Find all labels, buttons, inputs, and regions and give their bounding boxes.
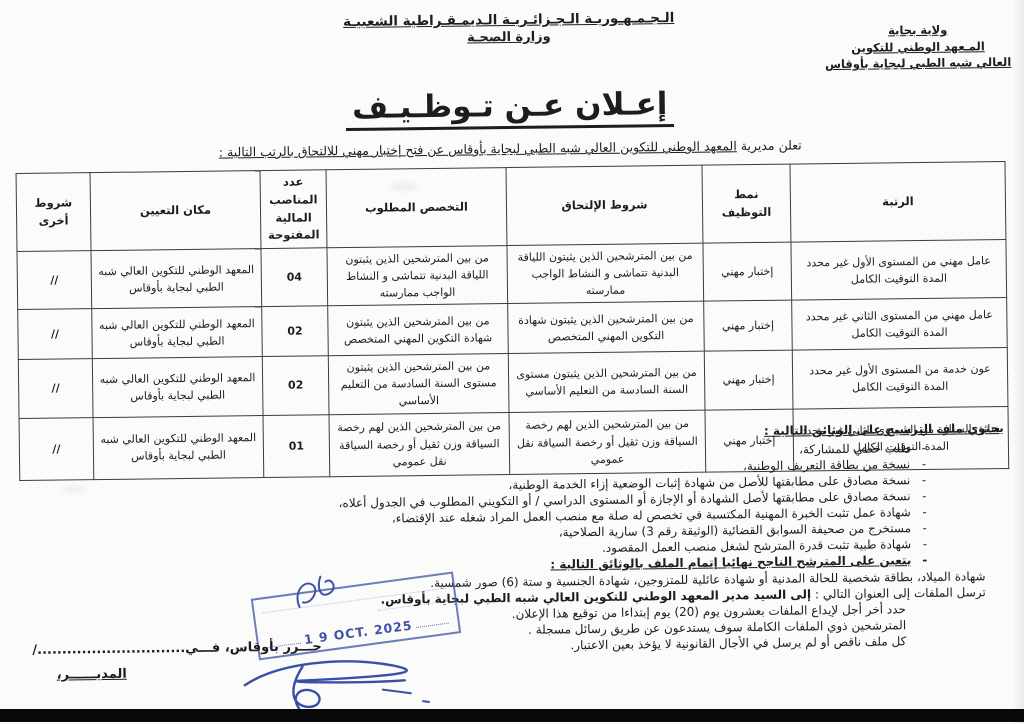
send-prefix: ترسل الملفات إلى العنوان التالي : (811, 585, 986, 601)
stamp-faint-line (377, 595, 447, 611)
intro-main: المعهد الوطني للتكوين العالي شبه الطبي ل… (219, 138, 737, 159)
cell-other: // (17, 251, 92, 310)
col-rank: الرتبة (790, 161, 1006, 242)
cell-mode: إختبار مهني (704, 300, 793, 351)
cell-rank: عون خدمة من المستوى الأول غير محدد المدة… (792, 348, 1008, 409)
header-right: ولاية بجاية المـعهد الوطني للتكوين العال… (825, 21, 1012, 73)
cell-other: // (18, 359, 93, 418)
cell-conditions: من بين المترشحين الذين يثبتون مستوى السن… (508, 352, 705, 413)
scan-edge-bar (0, 709, 1024, 722)
intro-paragraph: تعلن مديرية المعهد الوطني للتكوين العالي… (14, 135, 1006, 162)
cell-positions: 02 (262, 356, 329, 415)
cell-location: المعهد الوطني للتكوين العالي شبه الطبي ل… (92, 357, 263, 417)
cell-location: المعهد الوطني للتكوين العالي شبه الطبي ل… (92, 307, 263, 359)
cell-positions: 04 (261, 248, 328, 307)
cell-mode: إختبار مهني (704, 350, 793, 409)
cell-specialty: من بين المترشحين الذين يثبتون مستوى السن… (328, 354, 509, 414)
cell-positions: 02 (262, 306, 329, 357)
cell-location: المعهد الوطني للتكوين العالي شبه الطبي ل… (91, 249, 262, 309)
document-sheet: الـجـمـهـوريـة الـجـزائـريـة الـديمـقـرا… (0, 0, 1024, 724)
cell-conditions: من بين المترشحين الذين يثبتون شهادة التك… (508, 302, 705, 354)
cell-other: // (18, 309, 93, 360)
institute-line-2: العالي شبه الطبي لبجاية بأوقاس (825, 54, 1011, 73)
cell-conditions: من بين المترشحين الذين يثبتون اللياقة ال… (507, 243, 704, 304)
director-label: المديــــــر، (57, 667, 127, 683)
documents-section: يحتوي ملف الترشيح على الوثائق التالية : … (24, 420, 1007, 660)
table-header-row: الرتبة نمط التوظيف شروط الإلتحاق التخصص … (16, 161, 1006, 251)
cell-specialty: من بين المترشحين الذين يثبتون شهادة التك… (328, 304, 509, 356)
col-specialty: التخصص المطلوب (326, 168, 507, 248)
intro-prefix: تعلن مديرية (737, 137, 802, 153)
announcement-title: إعـلان عـن تـوظـيـف (0, 82, 1022, 131)
col-positions: عدد المناصب المالية المفتوحة (260, 170, 327, 249)
col-other: شروط أخرى (16, 173, 91, 252)
cell-specialty: من بين المترشحين الذين يثبتون اللياقة ال… (327, 246, 508, 306)
cell-rank: عامل مهني من المستوى الأول غير محدد المد… (791, 240, 1007, 301)
col-location: مكان التعيين (90, 171, 261, 251)
col-conditions: شروط الإلتحاق (506, 165, 703, 246)
cell-mode: إختبار مهني (703, 242, 792, 301)
documents-list: طلب خطي للمشاركة، نسخة من بطاقة التعريف … (24, 440, 927, 579)
scanned-document-page: الـجـمـهـوريـة الـجـزائـريـة الـديمـقـرا… (0, 0, 1024, 724)
cell-rank: عامل مهني من المستوى الثاني غير محدد الم… (792, 298, 1008, 351)
col-mode: نمط التوظيف (702, 164, 791, 243)
stamp-dotted-leader (416, 622, 449, 628)
